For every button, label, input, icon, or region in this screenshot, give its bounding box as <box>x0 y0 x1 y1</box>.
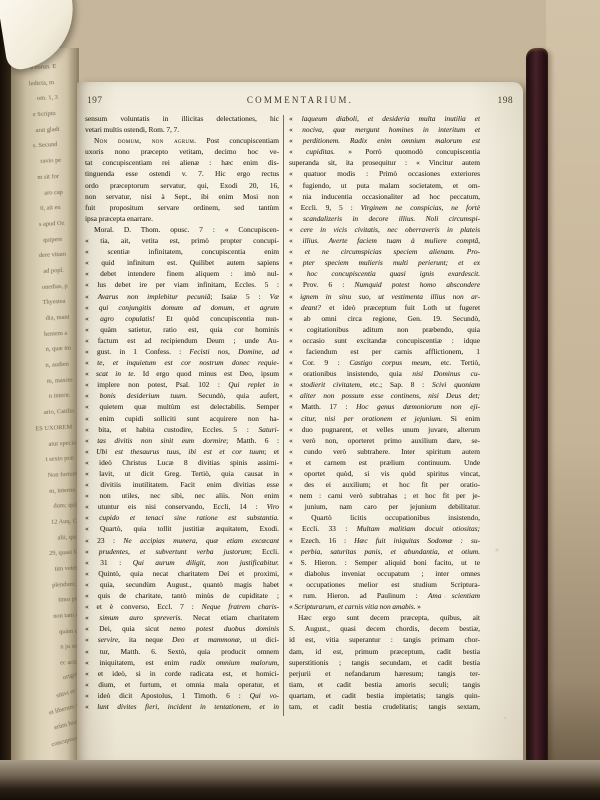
text-line: « gust. in 1 Confess. : Fecisti nos, Dom… <box>85 346 279 357</box>
text-line: fuit propositum servare ordinem, sed tan… <box>85 202 279 213</box>
text-line: « 23 : Ne accipias munera, quæ etiam exc… <box>85 535 279 546</box>
text-line: « Quartò, quia tollit justitiæ æquitatem… <box>85 523 279 534</box>
text-line: perjurii et nefandarum hæresum; tangis t… <box>289 668 480 679</box>
text-line: « nem : carni verò subtrahas ; et hoc fi… <box>289 490 480 501</box>
text-line: « Prov. 6 : Numquid potest homo absconde… <box>289 279 480 290</box>
text-line: « qui conjungitis domum ad domum, et agr… <box>85 302 279 313</box>
text-line: « servire, ita neque Deo et mammonæ, ut … <box>85 634 279 645</box>
text-line: « quatuor modis : Primò occasiones exter… <box>289 168 480 179</box>
text-line: « et carnem est prælium continuum. Unde <box>289 457 480 468</box>
column-divider-rule <box>283 115 284 716</box>
text-line: « et ideò, si in corde radicata est, et … <box>85 668 279 679</box>
text-line: vetari multis ostendi, Rom. 7, 7. <box>85 124 279 135</box>
text-line: « aliter non possum esse continens, nisi… <box>289 390 480 401</box>
text-line: « quietem quæ multùm est delectabilis. S… <box>85 401 279 412</box>
text-line: « cundo verò subtrahere. Inter spiritum … <box>289 446 480 457</box>
text-line: « quàm satietur, ratio est, quia cor hom… <box>85 324 279 335</box>
text-line: uxoris nono præcepto vetitam, decimo hoc… <box>85 146 279 157</box>
text-line: « lunt divites fieri, incident in tentat… <box>85 701 279 712</box>
left-column: sensum voluntatis in illicitas delectati… <box>85 113 279 716</box>
text-line: « faciendum est per carnis afflictionem,… <box>289 346 480 357</box>
text-line: « Ubi est thesaurus tuus, ibi est et cor… <box>85 446 279 457</box>
text-line: « diabolus inveniat occupatum ; inter om… <box>289 568 480 579</box>
page-number-left: 197 <box>87 96 102 106</box>
text-line: « non utiles, nec sibi, nec aliis. Non e… <box>85 490 279 501</box>
book-cover-edge <box>526 48 548 762</box>
text-line: « tur, Matth. 6. Sextò, quia producit om… <box>85 646 279 657</box>
text-line: « bita, et habita custodire, Eccles. 5 :… <box>85 424 279 435</box>
text-line: « junium, nam caro per jejunium debilita… <box>289 501 480 512</box>
text-line: « Matth. 17 : Hoc genus dæmoniorum non e… <box>289 401 480 412</box>
text-line: sensum voluntatis in illicitas delectati… <box>85 113 279 124</box>
text-line: « Ezech. 16 : Hæc fuit iniquitas Sodomæ … <box>289 535 480 546</box>
text-line: « Avarus non implebitur pecuniâ; Isaiæ 5… <box>85 291 279 302</box>
text-line: Moral. D. Thom. opusc. 7 : « Concupiscen… <box>85 224 279 235</box>
text-line: « scandalizeris in decore illius. Noli c… <box>289 213 480 224</box>
text-line: « pter speciem mulieris multi perierunt;… <box>289 257 480 268</box>
text-line: « enim cupidi solliciti sunt acquirere n… <box>85 413 279 424</box>
text-line: « fugiendo, ut puta malam societatem, et… <box>289 180 480 191</box>
text-line: « quia, secundùm August., quantò magis h… <box>85 579 279 590</box>
text-line: « tas divitis non sinit eum dormire; Mat… <box>85 435 279 446</box>
text-line: « iniquitatem, est enim radix omnium mal… <box>85 657 279 668</box>
text-line: « Cor. 9 : Castigo corpus meum, etc. Ter… <box>289 357 480 368</box>
text-line: « dium, et furtum, et omnia mala operatu… <box>85 679 279 690</box>
text-line: « factum est ad recipiendum Deum ; unde … <box>85 335 279 346</box>
text-line: « divitiis inutilitatem. Facit enim divi… <box>85 479 279 490</box>
text-line: « implere non potest, Psal. 102 : Qui re… <box>85 379 279 390</box>
text-line: tat concupiscentiam rei alienæ : hæc eni… <box>85 157 279 168</box>
text-line: « duo pugnarent, et velles unum juvare, … <box>289 424 480 435</box>
running-title: COMMENTARIUM. <box>102 95 497 105</box>
text-line: tinguenda esse ostendi v. 7. Hic ergo re… <box>85 168 279 179</box>
text-line: « deant? et ideò præceptum fuit Loth ut … <box>289 302 480 313</box>
text-line: « bonis desiderium tuum. Secundò, quia a… <box>85 390 279 401</box>
text-line: S. August., quasi decem chordis, decem b… <box>289 623 480 634</box>
text-line: Non domum, non agrum. Post concupiscenti… <box>85 135 279 146</box>
text-line: « hoc concupiscentia quasi ignis exardes… <box>289 268 480 279</box>
text-line: « nia inducentia occasionaliter ad hoc p… <box>289 191 480 202</box>
text-line: « quid infinitum est. Quilibet autem sap… <box>85 257 279 268</box>
text-line: « cupido et tenaci sine ratione est subs… <box>85 512 279 523</box>
text-line: « oportet quòd, si vis quòd spiritus vin… <box>289 468 480 479</box>
text-line: « scat in te. Id ergo quod minus est Deo… <box>85 368 279 379</box>
text-columns: sensum voluntatis in illicitas delectati… <box>85 113 519 716</box>
text-line: « ab omni circa regione, Gen. 19. Secund… <box>289 313 480 324</box>
text-line: « rum. Hieron. ad Paulinum : Ama scienti… <box>289 590 480 601</box>
text-line: « occasio sunt excitandæ concupiscentiæ … <box>289 335 480 346</box>
text-line: « orationibus insistendo, quia nisi Domi… <box>289 368 480 379</box>
text-line: « cere in vicis civitatis, nec oberraver… <box>289 224 480 235</box>
right-column: « laqueum diaboli, et desideria multa in… <box>289 113 480 716</box>
table-surface-bottom <box>0 760 600 800</box>
text-line: tam, et cadit bestia crudelitatis; tangi… <box>289 701 480 712</box>
text-line: « verò non, oporteret primo auxilium dar… <box>289 435 480 446</box>
text-line: « nociva, quæ mergunt homines in interit… <box>289 124 480 135</box>
book-photograph: { "book": { "header": { "page_left": "19… <box>0 0 600 800</box>
text-line: non servatur, nisi à Sept., ibi enim Mos… <box>85 191 279 202</box>
text-line: « illius. Averte faciem tuam à muliere c… <box>289 235 480 246</box>
text-line: « Quartò licitis occupationibus insisten… <box>289 512 480 523</box>
text-line: « Eccli. 9, 5 : Virginem ne conspicias, … <box>289 202 480 213</box>
text-line: « laqueum diaboli, et desideria multa in… <box>289 113 480 124</box>
text-line: « et è converso, Eccl. 7 : Neque fratrem… <box>85 601 279 612</box>
text-line: quartam, et cadit bestia impietatis; tan… <box>289 690 480 701</box>
text-line: « quis de charitate, tantò minùs de cupi… <box>85 590 279 601</box>
text-line: tiam, et cadit bestia amoris seculi; tan… <box>289 679 480 690</box>
right-page: 197 COMMENTARIUM. 198 sensum voluntatis … <box>77 82 523 764</box>
text-line: Hæc ergo sunt decem præcepta, quibus, ai… <box>289 612 480 623</box>
text-line: « cogitationibus aditum non præbendo, qu… <box>289 324 480 335</box>
text-line: « citur, nisi per orationem et jejunium.… <box>289 413 480 424</box>
text-line: « simum auro spreveris. Necat etiam char… <box>85 612 279 623</box>
text-line: « Eccli. 33 : Multam malitiam docuit oti… <box>289 523 480 534</box>
text-line: « des ei auxilium; et hoc fit per oratio… <box>289 479 480 490</box>
text-line: superanda sit, ita prosequitur : « Vinci… <box>289 157 480 168</box>
text-line: « prudentes, et subvertunt verba justoru… <box>85 546 279 557</box>
text-line: « perbia, saturitas panis, et abundantia… <box>289 546 480 557</box>
page-header: 197 COMMENTARIUM. 198 <box>87 95 513 106</box>
table-surface-right <box>546 0 600 800</box>
text-line: « S. Hieron. : Semper aliquid boni facit… <box>289 557 480 568</box>
text-line: « ideò dicit Apostolus, 1 Timoth. 6 : Qu… <box>85 690 279 701</box>
text-line: ipsa præcepta enarrare. <box>85 213 279 224</box>
text-line: « cupiditas. » Porrò quomodò concupiscen… <box>289 146 480 157</box>
text-line: dam, id est, primum præceptum, cadit bes… <box>289 646 480 657</box>
text-line: « utuntur eis nisi conservando, Eccli, 1… <box>85 501 279 512</box>
text-line: « stodierit civitatem, etc.; Sap. 8 : Sc… <box>289 379 480 390</box>
text-line: « Quintò, quia necat charitatem Dei et p… <box>85 568 279 579</box>
page-number-right: 198 <box>498 96 513 106</box>
text-line: id est, vitia superantur : tangis primam… <box>289 634 480 645</box>
text-line: « perditionem. Radix enim omnium malorum… <box>289 135 480 146</box>
text-line: « scentiæ infinitatem, concupiscentia en… <box>85 246 279 257</box>
text-line: « ideò Christus Lucæ 8 divitias spinis a… <box>85 457 279 468</box>
text-line: « Scripturarum, et carnis vitia non amab… <box>289 601 480 612</box>
text-line: « ignem in sinu suo, ut vestimenta illiu… <box>289 291 480 302</box>
text-line: « te, et inquietum est cor nostrum donec… <box>85 357 279 368</box>
text-line: « et ne circumspicias speciem alienam. P… <box>289 246 480 257</box>
text-line: « debet intendere finem aliquem : imò nu… <box>85 268 279 279</box>
text-line: « lavit, ut dicit Greg. Tertiò, quia cau… <box>85 468 279 479</box>
text-line: « 31 : Qui aurum diligit, non justificab… <box>85 557 279 568</box>
text-line: ordo præceptorum servatur, qui, Exodi 20… <box>85 180 279 191</box>
text-line: « occupationes melior est studium Script… <box>289 579 480 590</box>
text-line: « Dei, quia sicut nemo potest duobus dom… <box>85 623 279 634</box>
text-line: « agro copulatis! Et quòd concupiscentia… <box>85 313 279 324</box>
text-line: superstitionis ; tangis secundam, et cad… <box>289 657 480 668</box>
text-line: « tia, ait, vetita est, primò propter co… <box>85 235 279 246</box>
text-line: « lus debet ire per viam infinitam, Eccl… <box>85 279 279 290</box>
